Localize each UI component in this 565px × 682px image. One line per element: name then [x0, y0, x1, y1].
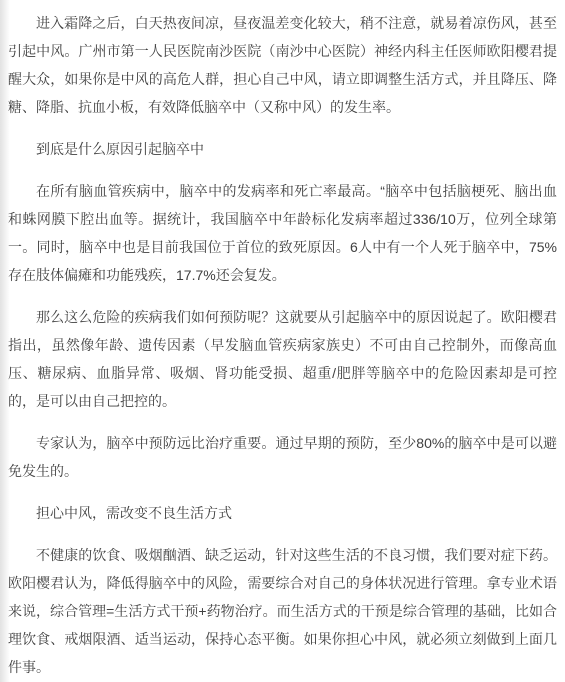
- article-paragraph: 在所有脑血管疾病中，脑卒中的发病率和死亡率最高。“脑卒中包括脑梗死、脑出血和蛛网…: [8, 177, 557, 289]
- section-heading: 担心中风，需改变不良生活方式: [8, 499, 557, 527]
- article-paragraph: 不健康的饮食、吸烟酗酒、缺乏运动，针对这些生活的不良习惯，我们要对症下药。欧阳樱…: [8, 541, 557, 681]
- article-paragraph: 专家认为，脑卒中预防远比治疗重要。通过早期的预防，至少80%的脑卒中是可以避免发…: [8, 429, 557, 485]
- section-heading: 到底是什么原因引起脑卒中: [8, 135, 557, 163]
- article-paragraph: 那么这么危险的疾病我们如何预防呢？这就要从引起脑卒中的原因说起了。欧阳樱君指出，…: [8, 303, 557, 415]
- article-paragraph: 进入霜降之后，白天热夜间凉，昼夜温差变化较大，稍不注意，就易着凉伤风，甚至引起中…: [8, 9, 557, 121]
- article-body: 进入霜降之后，白天热夜间凉，昼夜温差变化较大，稍不注意，就易着凉伤风，甚至引起中…: [0, 0, 565, 681]
